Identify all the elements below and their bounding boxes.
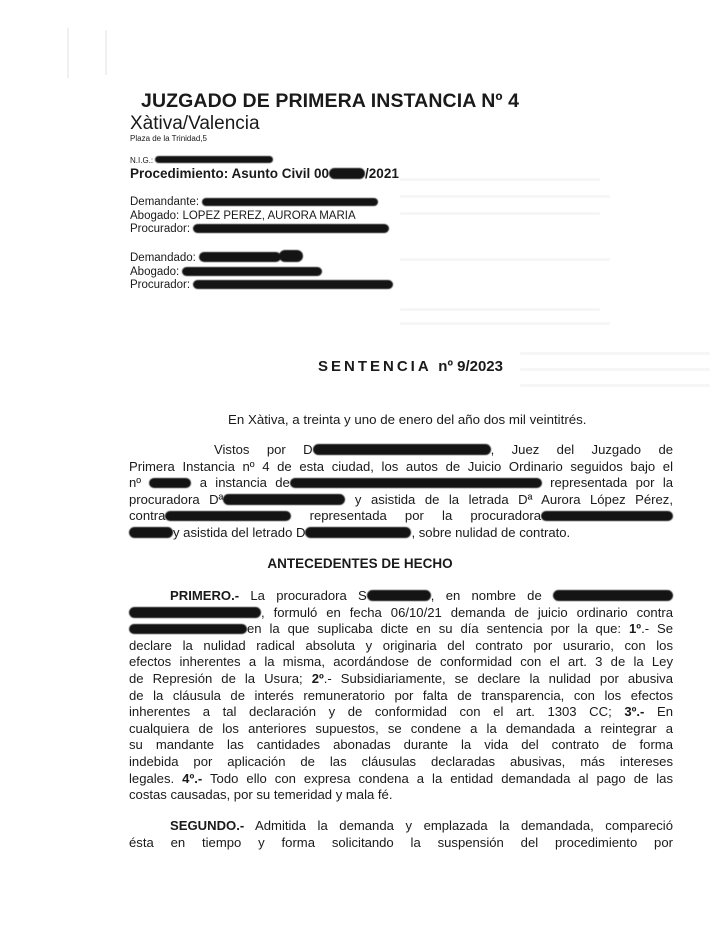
bleed-through	[520, 384, 710, 387]
nig-line: N.I.G.:	[130, 156, 273, 165]
text-line: nº a instancia de representada por la	[129, 475, 673, 492]
redaction	[155, 156, 273, 163]
segundo-paragraph: SEGUNDO.- Admitida la demanda y emplazad…	[129, 818, 673, 851]
redaction	[313, 444, 491, 455]
text-line: su mandante las cantidades abonadas dura…	[129, 737, 673, 754]
procedure-suffix: /2021	[365, 166, 399, 181]
redaction	[541, 511, 673, 522]
text-line: PRIMERO.- La procuradora S, en nombre de	[129, 588, 673, 605]
redaction	[193, 280, 393, 289]
bleed-through	[400, 212, 600, 215]
redaction	[553, 590, 673, 601]
bleed-through	[400, 322, 610, 325]
text-line: Primera Instancia nº 4 de esta ciudad, l…	[129, 459, 673, 476]
bleed-through	[520, 352, 710, 355]
redaction	[202, 198, 378, 206]
redaction	[129, 527, 173, 538]
demandado-label: Demandado:	[130, 252, 196, 264]
procedure-line: Procedimiento: Asunto Civil 00/2021	[130, 166, 399, 181]
procurador-label: Procurador:	[130, 223, 190, 235]
text-line: contra representada por la procuradora	[129, 508, 673, 525]
redaction	[193, 224, 389, 233]
text-line: legales. 4º.- Todo ello con expresa cond…	[129, 771, 673, 788]
paragraph-label: PRIMERO.-	[170, 588, 239, 603]
court-city: Xàtiva/Valencia	[130, 113, 260, 135]
court-title: JUZGADO DE PRIMERA INSTANCIA Nº 4	[141, 90, 519, 113]
redaction	[367, 590, 431, 601]
text-line: Vistos por D, Juez del Juzgado de	[129, 442, 673, 459]
vistos-paragraph: Vistos por D, Juez del Juzgado de Primer…	[129, 442, 673, 542]
nig-label: N.I.G.:	[130, 156, 153, 165]
bleed-through	[400, 308, 600, 311]
abogado-label: Abogado:	[130, 210, 179, 222]
redaction	[182, 267, 322, 276]
bleed-through	[400, 178, 600, 181]
scanned-page: JUZGADO DE PRIMERA INSTANCIA Nº 4 Xàtiva…	[0, 0, 720, 932]
paragraph-label: SEGUNDO.-	[170, 818, 244, 833]
sentence-word: SENTENCIA	[318, 358, 431, 375]
text-line: SEGUNDO.- Admitida la demanda y emplazad…	[129, 818, 673, 835]
court-address: Plaza de la Trinidad,5	[130, 134, 207, 143]
text-line: , formuló en fecha 06/10/21 demanda de j…	[129, 605, 673, 622]
text-line: ésta en tiempo y forma solicitando la su…	[129, 835, 673, 852]
scan-artifact	[67, 28, 69, 78]
date-line: En Xàtiva, a treinta y uno de enero del …	[228, 412, 586, 427]
section-heading: ANTECEDENTES DE HECHO	[0, 556, 720, 571]
text-line: declare la nulidad radical absoluta y or…	[129, 638, 673, 655]
sentence-number: nº 9/2023	[438, 358, 503, 375]
redaction	[129, 624, 247, 635]
text-line: procuradora Dª y asistida de la letrada …	[129, 492, 673, 509]
defendant-block: Demandado: Abogado: Procurador:	[130, 250, 393, 293]
redaction	[290, 478, 542, 489]
text-line: y asistida del letrado D, sobre nulidad …	[129, 525, 673, 542]
procurador-label: Procurador:	[130, 279, 190, 291]
redaction	[165, 511, 291, 522]
plaintiff-block: Demandante: Abogado: LOPEZ PEREZ, AURORA…	[130, 196, 389, 237]
bleed-through	[400, 258, 610, 261]
bleed-through	[520, 368, 710, 371]
sentence-title: SENTENCIA nº 9/2023	[318, 358, 503, 375]
bleed-through	[400, 195, 610, 198]
text-line: de Represión de la Usura; 2º.- Subsidiar…	[129, 671, 673, 688]
text-line: en la que suplicaba dicte en su día sent…	[129, 621, 673, 638]
redaction	[329, 168, 365, 179]
abogado-value: LOPEZ PEREZ, AURORA MARIA	[182, 210, 355, 222]
redaction	[149, 478, 191, 489]
redaction	[129, 607, 261, 618]
scan-artifact	[105, 30, 107, 75]
procedure-label: Procedimiento: Asunto Civil 00	[130, 166, 329, 181]
text-line: costas causadas, por su temeridad y mala…	[129, 787, 673, 804]
primero-paragraph: PRIMERO.- La procuradora S, en nombre de…	[129, 588, 673, 804]
redaction	[199, 252, 281, 262]
text-line: cualquiera de los anteriores supuestos, …	[129, 721, 673, 738]
redaction	[223, 494, 345, 505]
text-line: de la cláusula de interés remuneratorio …	[129, 688, 673, 705]
redaction	[305, 527, 411, 538]
redaction	[279, 250, 303, 262]
demandante-label: Demandante:	[130, 196, 199, 208]
text-line: inherentes a tal declaración y de confor…	[129, 704, 673, 721]
text-line: efectos inherentes a la misma, acordándo…	[129, 654, 673, 671]
abogado-label: Abogado:	[130, 266, 179, 278]
text-line: indebida por aplicación de las cláusulas…	[129, 754, 673, 771]
